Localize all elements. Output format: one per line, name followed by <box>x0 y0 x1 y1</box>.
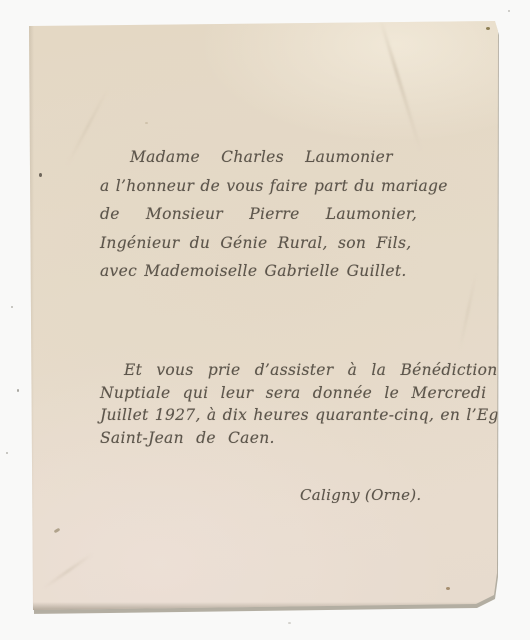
paper-edge-shading <box>27 21 34 611</box>
dust-speck <box>508 10 510 12</box>
place-line: Caligny (Orne). <box>300 486 480 504</box>
paper-crease <box>379 18 423 153</box>
announcement-line-3: de Monsieur Pierre Laumonier, <box>100 200 440 229</box>
dust-speck <box>17 389 19 392</box>
announcement-paragraph: Madame Charles Laumonier a l’honneur de … <box>100 143 440 286</box>
dust-speck <box>288 622 291 624</box>
ceremony-line-1: Et vous prie d’assister à la Bénédiction <box>124 359 440 382</box>
dust-speck <box>11 306 13 308</box>
announcement-line-4: Ingénieur du Génie Rural, son Fils, <box>100 229 440 258</box>
photo-backdrop: Madame Charles Laumonier a l’honneur de … <box>0 0 530 640</box>
foxing-spot <box>486 27 490 30</box>
foxing-spot <box>145 122 148 124</box>
dust-speck <box>6 452 8 454</box>
paper-crease <box>459 272 478 351</box>
invitation-card: Madame Charles Laumonier a l’honneur de … <box>27 21 499 611</box>
announcement-line-2: a l’honneur de vous faire part du mariag… <box>100 172 440 201</box>
foxing-spot <box>446 587 450 590</box>
ceremony-paragraph: Et vous prie d’assister à la Bénédiction… <box>100 359 440 449</box>
ceremony-line-4: Saint-Jean de Caen. <box>100 427 440 450</box>
announcement-line-1: Madame Charles Laumonier <box>130 143 440 172</box>
ceremony-line-2: Nuptiale qui leur sera donnée le Mercred… <box>100 382 440 405</box>
foxing-spot <box>39 173 42 177</box>
ceremony-line-3: Juillet 1927, à dix heures quarante-cinq… <box>100 404 440 427</box>
paper-crease <box>43 553 93 589</box>
ink-mark <box>54 528 61 534</box>
announcement-line-5: avec Mademoiselle Gabrielle Guillet. <box>100 257 440 286</box>
